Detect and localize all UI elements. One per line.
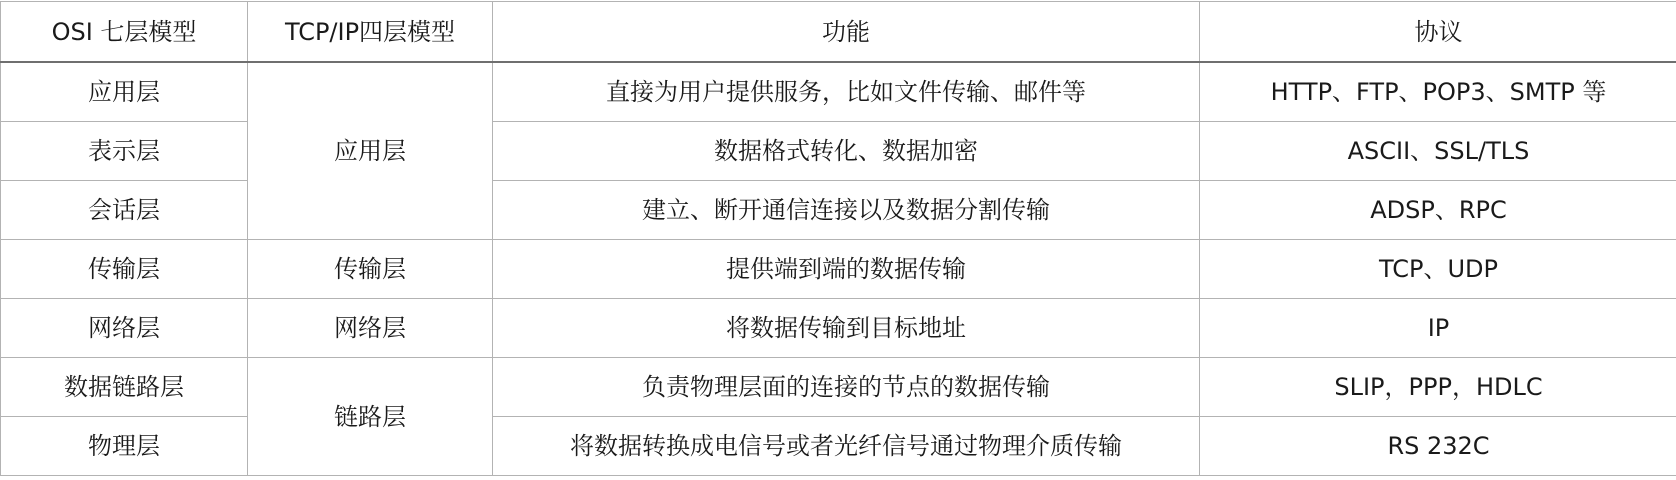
protocol-cell: ASCII、SSL/TLS bbox=[1200, 122, 1676, 181]
osi-layer-cell: 表示层 bbox=[1, 122, 248, 181]
table-row: 传输层 传输层 提供端到端的数据传输 TCP、UDP bbox=[1, 240, 1676, 299]
header-row: OSI 七层模型 TCP/IP四层模型 功能 协议 bbox=[1, 2, 1676, 63]
osi-layer-cell: 网络层 bbox=[1, 299, 248, 358]
header-osi-model: OSI 七层模型 bbox=[1, 2, 248, 63]
table-row: 数据链路层 链路层 负责物理层面的连接的节点的数据传输 SLIP，PPP，HDL… bbox=[1, 358, 1676, 417]
protocol-cell: ADSP、RPC bbox=[1200, 181, 1676, 240]
protocol-cell: TCP、UDP bbox=[1200, 240, 1676, 299]
function-cell: 数据格式转化、数据加密 bbox=[493, 122, 1200, 181]
protocol-cell: RS 232C bbox=[1200, 417, 1676, 476]
tcpip-layer-cell: 传输层 bbox=[248, 240, 493, 299]
protocol-cell: IP bbox=[1200, 299, 1676, 358]
tcpip-layer-cell: 应用层 bbox=[248, 62, 493, 240]
function-cell: 将数据传输到目标地址 bbox=[493, 299, 1200, 358]
tcpip-layer-cell: 网络层 bbox=[248, 299, 493, 358]
table-row: 网络层 网络层 将数据传输到目标地址 IP bbox=[1, 299, 1676, 358]
function-cell: 将数据转换成电信号或者光纤信号通过物理介质传输 bbox=[493, 417, 1200, 476]
osi-layer-cell: 传输层 bbox=[1, 240, 248, 299]
osi-layer-cell: 物理层 bbox=[1, 417, 248, 476]
protocol-cell: HTTP、FTP、POP3、SMTP 等 bbox=[1200, 62, 1676, 122]
table-body: 应用层 应用层 直接为用户提供服务，比如文件传输、邮件等 HTTP、FTP、PO… bbox=[1, 62, 1676, 476]
header-protocol: 协议 bbox=[1200, 2, 1676, 63]
osi-layer-cell: 应用层 bbox=[1, 62, 248, 122]
tcpip-layer-cell: 链路层 bbox=[248, 358, 493, 476]
table-header: OSI 七层模型 TCP/IP四层模型 功能 协议 bbox=[1, 2, 1676, 63]
osi-tcpip-comparison-table: OSI 七层模型 TCP/IP四层模型 功能 协议 应用层 应用层 直接为用户提… bbox=[0, 1, 1676, 476]
table-row: 应用层 应用层 直接为用户提供服务，比如文件传输、邮件等 HTTP、FTP、PO… bbox=[1, 62, 1676, 122]
function-cell: 直接为用户提供服务，比如文件传输、邮件等 bbox=[493, 62, 1200, 122]
header-tcpip-model: TCP/IP四层模型 bbox=[248, 2, 493, 63]
header-function: 功能 bbox=[493, 2, 1200, 63]
osi-layer-cell: 数据链路层 bbox=[1, 358, 248, 417]
function-cell: 建立、断开通信连接以及数据分割传输 bbox=[493, 181, 1200, 240]
function-cell: 负责物理层面的连接的节点的数据传输 bbox=[493, 358, 1200, 417]
function-cell: 提供端到端的数据传输 bbox=[493, 240, 1200, 299]
osi-layer-cell: 会话层 bbox=[1, 181, 248, 240]
protocol-cell: SLIP，PPP，HDLC bbox=[1200, 358, 1676, 417]
